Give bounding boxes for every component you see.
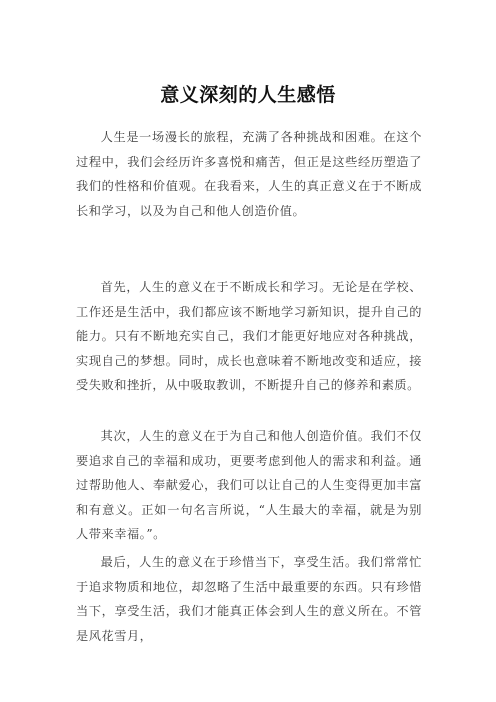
document-page: 意义深刻的人生感悟 人生是一场漫长的旅程，充满了各种挑战和困难。在这个过程中，我… [0, 0, 496, 702]
document-title: 意义深刻的人生感悟 [0, 83, 496, 107]
paragraph-growth: 首先，人生的意义在于不断成长和学习。无论是在学校、工作还是生活中，我们都应该不断… [76, 275, 422, 398]
paragraph-value: 其次，人生的意义在于为自己和他人创造价值。我们不仅要追求自己的幸福和成功，更要考… [76, 424, 422, 547]
paragraph-present: 最后，人生的意义在于珍惜当下，享受生活。我们常常忙于追求物质和地位，却忽略了生活… [76, 550, 422, 648]
paragraph-intro: 人生是一场漫长的旅程，充满了各种挑战和困难。在这个过程中，我们会经历许多喜悦和痛… [76, 125, 422, 223]
